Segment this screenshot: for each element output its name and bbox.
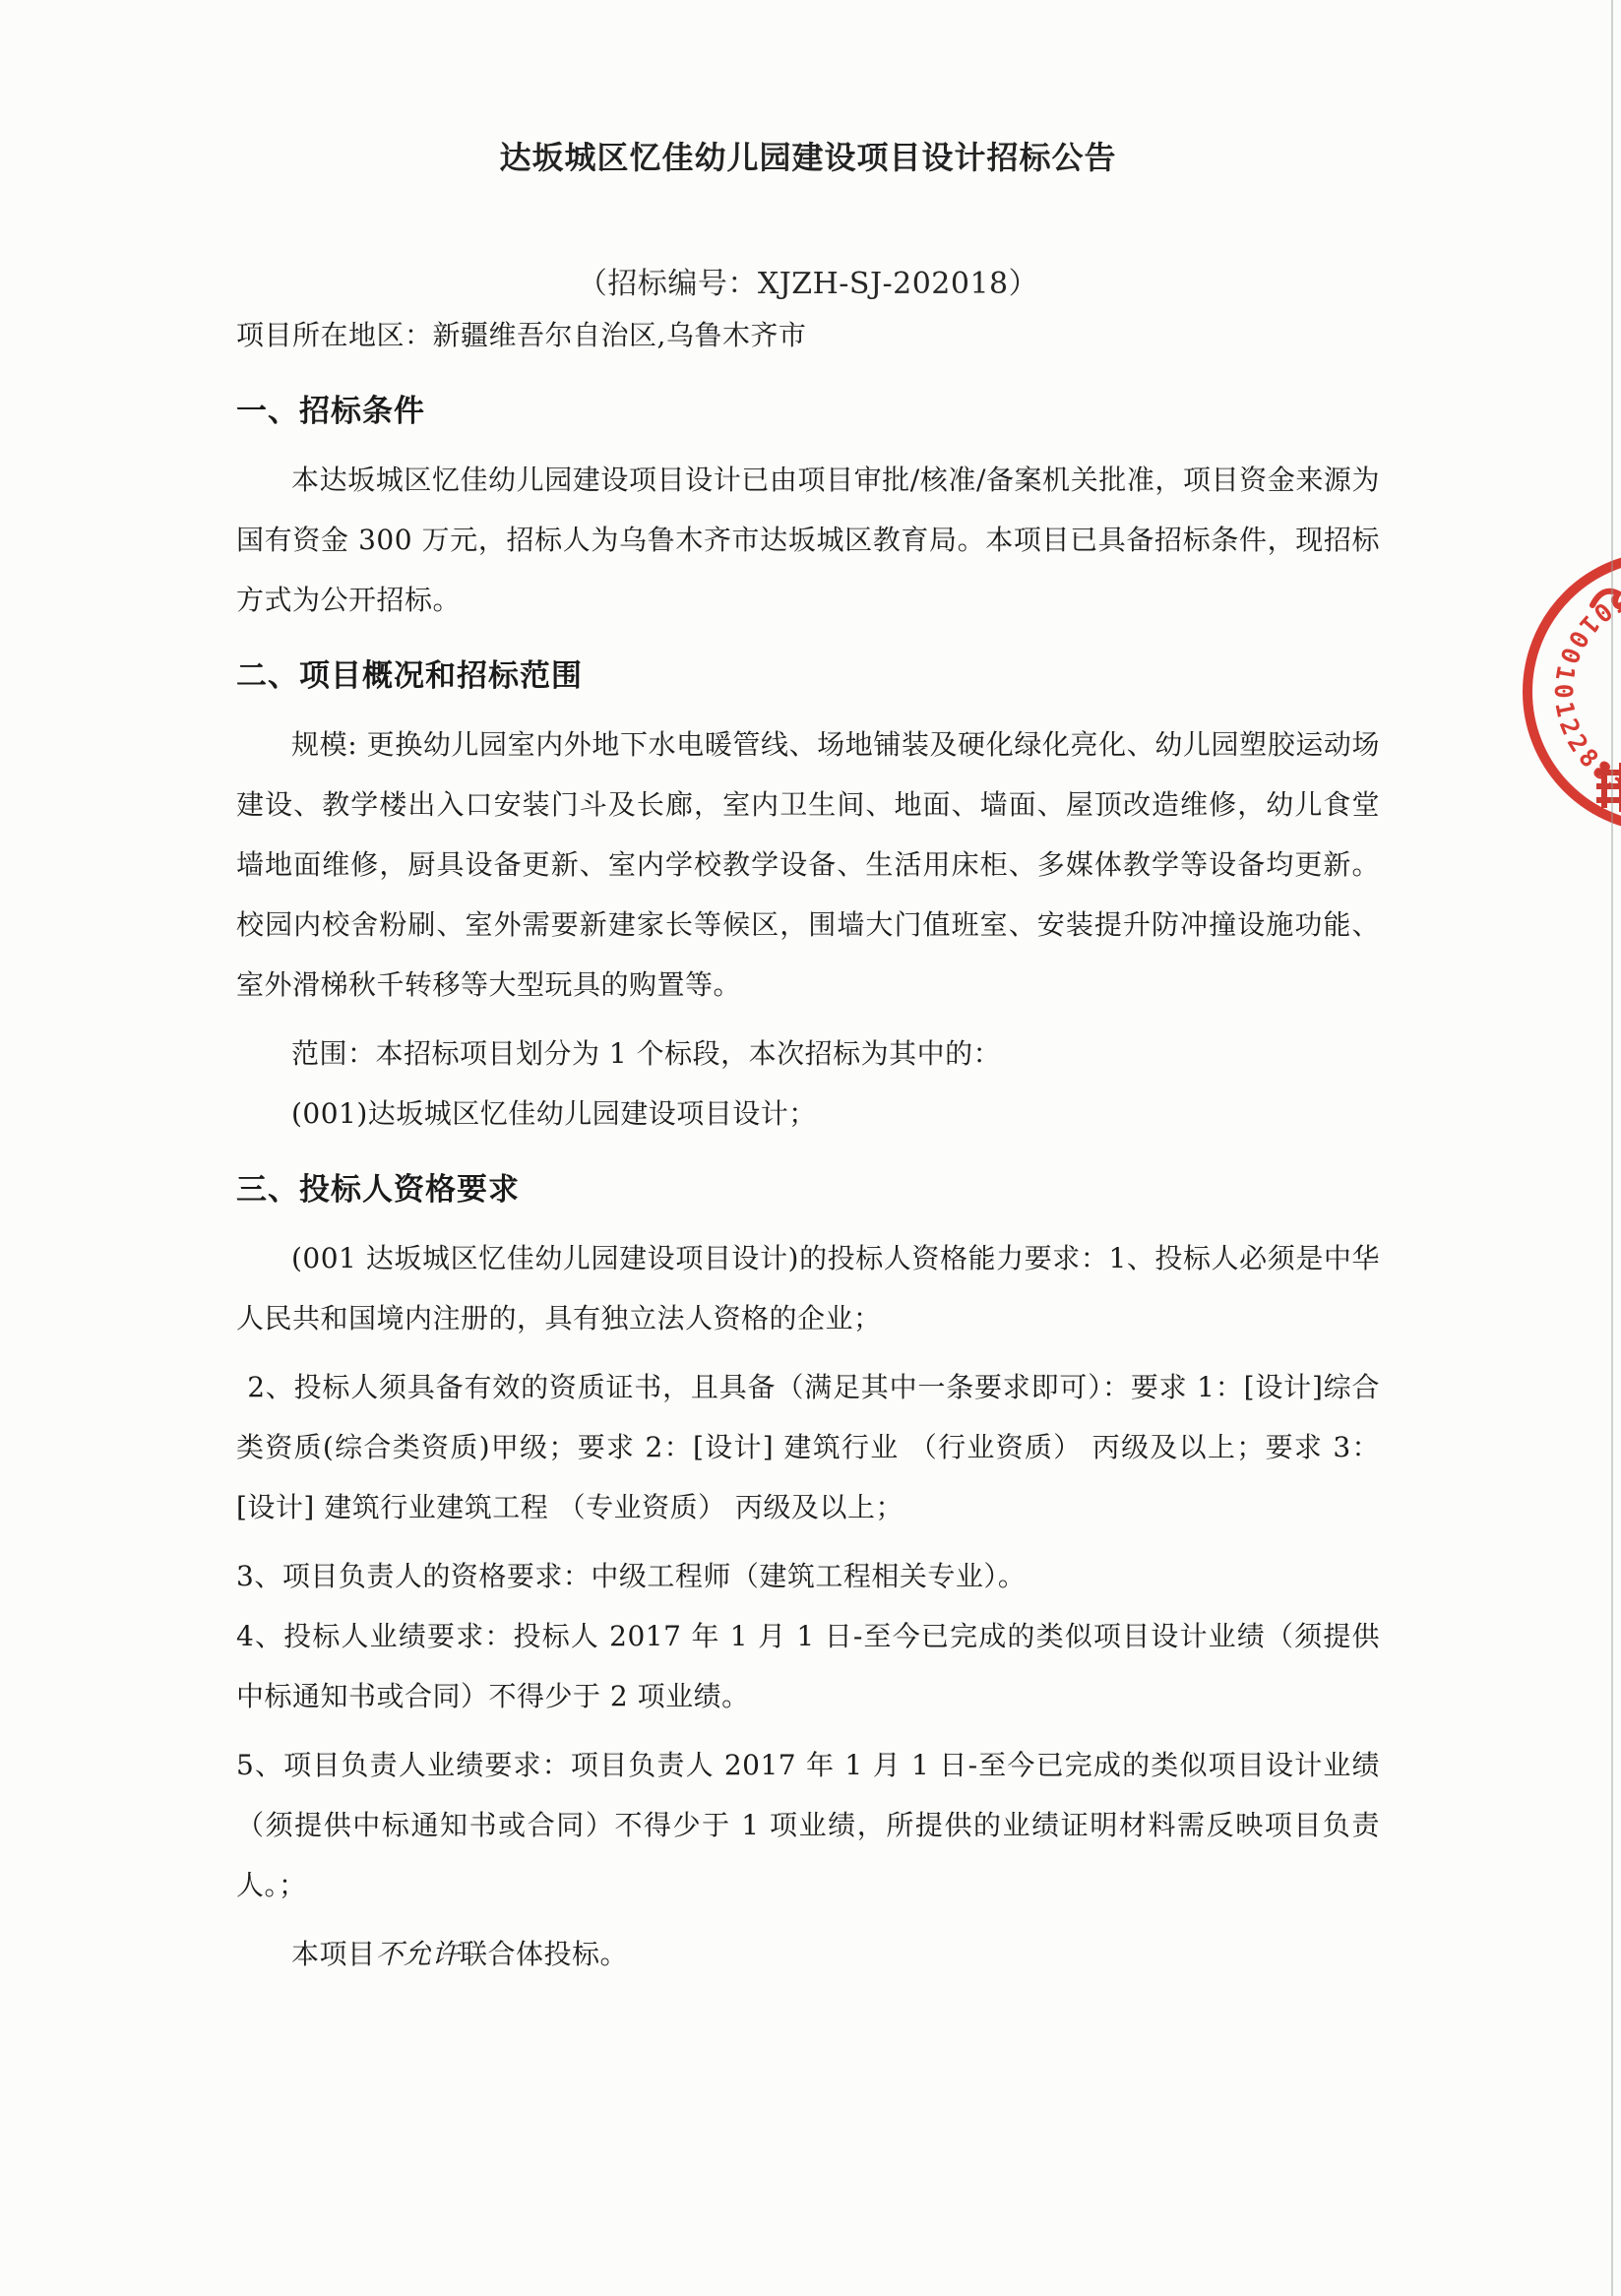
qualification-item-1: (001 达坂城区忆佳幼儿园建设项目设计)的投标人资格能力要求：1、投标人必须是… xyxy=(236,1228,1380,1348)
qualification-item-5: 5、项目负责人业绩要求：项目负责人 2017 年 1 月 1 日-至今已完成的类… xyxy=(236,1735,1380,1915)
qualification-item-4: 4、投标人业绩要求：投标人 2017 年 1 月 1 日-至今已完成的类似项目设… xyxy=(236,1606,1380,1726)
section2-heading: 二、项目概况和招标范围 xyxy=(236,646,1380,707)
consortium-emphasis: 不允许 xyxy=(376,1938,461,1970)
seal-bottom-glyph xyxy=(1596,763,1621,812)
doc-title: 达坂城区忆佳幼儿园建设项目设计招标公告 xyxy=(236,136,1380,179)
red-seal-graphic: 6650100101228835 xyxy=(1516,544,1621,839)
red-seal: 6650100101228835 xyxy=(1516,544,1621,839)
qualification-item-2: 2、投标人须具备有效的资质证书，且具备（满足其中一条要求即可）：要求 1：[设计… xyxy=(236,1357,1380,1537)
document-content: 达坂城区忆佳幼儿园建设项目设计招标公告 （招标编号：XJZH-SJ-202018… xyxy=(236,0,1380,1993)
section1-heading: 一、招标条件 xyxy=(236,381,1380,442)
consortium-prefix: 本项目 xyxy=(291,1938,376,1970)
section2-scale-paragraph: 规模: 更换幼儿园室内外地下水电暖管线、场地铺装及硬化绿化亮化、幼儿园塑胶运动场… xyxy=(236,714,1380,1015)
document-page: 达坂城区忆佳幼儿园建设项目设计招标公告 （招标编号：XJZH-SJ-202018… xyxy=(0,0,1621,2296)
consortium-suffix: 联合体投标。 xyxy=(460,1938,628,1970)
tender-number: （招标编号：XJZH-SJ-202018） xyxy=(236,264,1380,305)
section2-lot-line: (001)达坂城区忆佳幼儿园建设项目设计； xyxy=(236,1084,1380,1144)
qualification-item-3: 3、项目负责人的资格要求：中级工程师（建筑工程相关专业）。 xyxy=(236,1546,1380,1606)
scan-edge-line xyxy=(1611,0,1613,2296)
section2-range-line: 范围：本招标项目划分为 1 个标段，本次招标为其中的： xyxy=(236,1024,1380,1084)
section3-heading: 三、投标人资格要求 xyxy=(236,1159,1380,1220)
section1-body: 本达坂城区忆佳幼儿园建设项目设计已由项目审批/核准/备案机关批准，项目资金来源为… xyxy=(236,450,1380,630)
project-region-line: 项目所在地区：新疆维吾尔自治区,乌鲁木齐市 xyxy=(236,305,1380,365)
consortium-statement: 本项目不允许联合体投标。 xyxy=(236,1924,1380,1984)
